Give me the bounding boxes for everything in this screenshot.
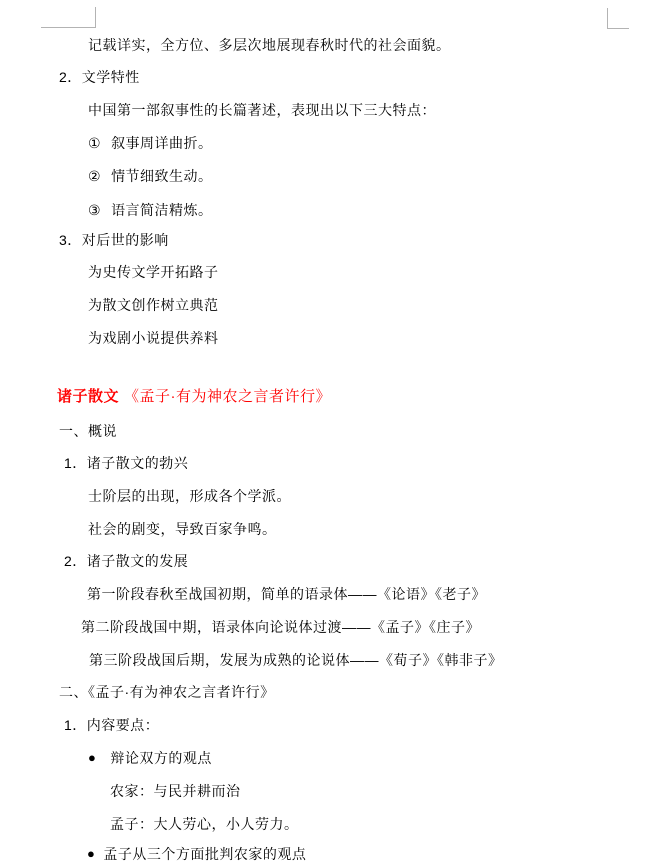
doc-line: ②情节细致生动。 bbox=[88, 168, 213, 185]
doc-line: 3．对后世的影响 bbox=[59, 232, 169, 249]
doc-line: 第一阶段春秋至战国初期，简单的语录体——《论语》《老子》 bbox=[87, 586, 486, 603]
bullet-icon: ● bbox=[87, 845, 95, 862]
doc-line: ●辩论双方的观点 bbox=[88, 750, 212, 767]
doc-line: 为散文创作树立典范 bbox=[88, 297, 219, 314]
circled-number-icon: ② bbox=[88, 168, 101, 185]
doc-line: 农家：与民并耕而治 bbox=[110, 783, 241, 800]
doc-line: 1．诸子散文的勃兴 bbox=[64, 455, 188, 472]
doc-line-text: 情节细致生动。 bbox=[111, 168, 213, 184]
doc-line: 记载详实，全方位、多层次地展现春秋时代的社会面貌。 bbox=[88, 37, 451, 54]
doc-line: 2．文学特性 bbox=[59, 69, 140, 86]
circled-number-icon: ③ bbox=[88, 202, 101, 219]
doc-line: 社会的剧变，导致百家争鸣。 bbox=[88, 521, 277, 538]
doc-line: 为戏剧小说提供养料 bbox=[88, 330, 219, 347]
doc-line-text: 辩论双方的观点 bbox=[110, 750, 212, 766]
doc-line: ●孟子从三个方面批判农家的观点 bbox=[87, 846, 306, 863]
page-margin-corner-left bbox=[41, 7, 96, 28]
page-margin-corner-right bbox=[607, 8, 629, 29]
section-heading-label: 诸子散文 bbox=[57, 388, 119, 405]
doc-line-text: 语言简洁精炼。 bbox=[111, 202, 213, 218]
doc-line: 一、概说 bbox=[59, 423, 117, 440]
doc-line: 中国第一部叙事性的长篇著述，表现出以下三大特点： bbox=[88, 102, 436, 119]
doc-line-text: 叙事周详曲折。 bbox=[111, 135, 213, 151]
doc-line: 2．诸子散文的发展 bbox=[64, 553, 188, 570]
doc-line: 第二阶段战国中期，语录体向论说体过渡——《孟子》《庄子》 bbox=[81, 619, 480, 636]
section-heading: 诸子散文《孟子·有为神农之言者许行》 bbox=[57, 388, 331, 405]
circled-number-icon: ① bbox=[88, 135, 101, 152]
doc-line: 1．内容要点： bbox=[64, 717, 159, 734]
doc-line: 为史传文学开拓路子 bbox=[88, 264, 219, 281]
doc-line: ①叙事周详曲折。 bbox=[88, 135, 213, 152]
doc-line: 士阶层的出现，形成各个学派。 bbox=[88, 488, 291, 505]
doc-line: ③语言简洁精炼。 bbox=[88, 202, 213, 219]
doc-line: 孟子：大人劳心，小人劳力。 bbox=[110, 816, 299, 833]
section-heading-title: 《孟子·有为神农之言者许行》 bbox=[124, 388, 331, 405]
bullet-icon: ● bbox=[88, 749, 96, 766]
doc-line: 二、《孟子·有为神农之言者许行》 bbox=[59, 684, 275, 701]
doc-line-text: 孟子从三个方面批判农家的观点 bbox=[103, 846, 306, 862]
document-page: 记载详实，全方位、多层次地展现春秋时代的社会面貌。2．文学特性中国第一部叙事性的… bbox=[0, 0, 662, 867]
doc-line: 第三阶段战国后期，发展为成熟的论说体——《荀子》《韩非子》 bbox=[89, 652, 503, 669]
